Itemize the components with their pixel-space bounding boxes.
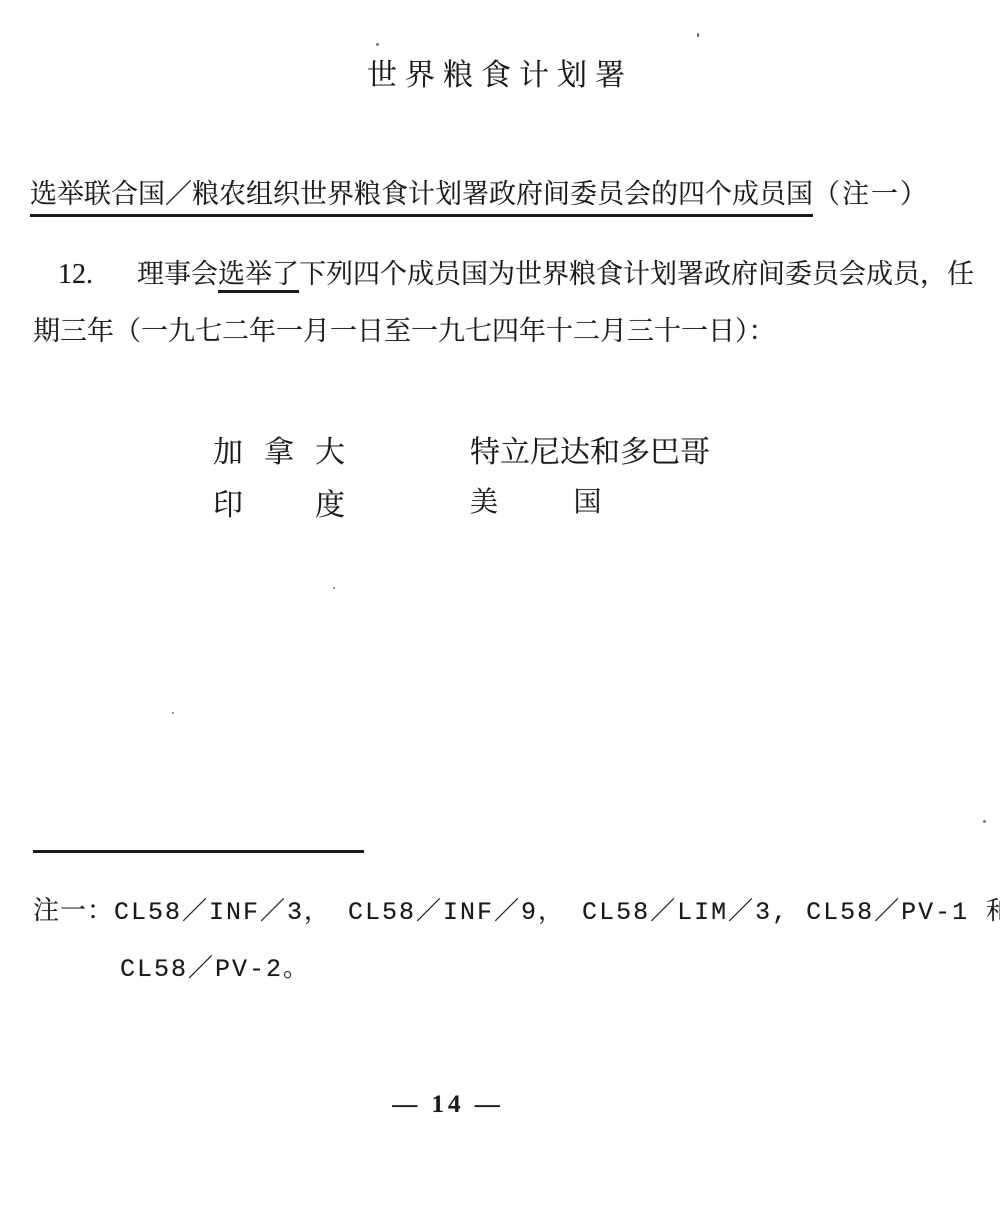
scanned-document-page: 世界粮食计划署 选举联合国／粮农组织世界粮食计划署政府间委员会的四个成员国（注一… [0,0,1000,1225]
paragraph-12: 12.理事会选举了下列四个成员国为世界粮食计划署政府间委员会成员，任 期三年（一… [33,246,983,360]
scan-speck [376,43,379,46]
member-row: 印度 美国 [213,480,345,533]
footnote-label: 注一： [33,896,114,925]
footnote-references-line2: CL58／PV-2。 [120,941,1000,998]
footnote-references-line1: CL58／INF／3， CL58／INF／9， CL58／LIM／3, CL58… [114,898,1000,927]
member-name-canada: 加拿大 [213,427,345,471]
footnote: 注一：CL58／INF／3， CL58／INF／9， CL58／LIM／3, C… [33,882,1000,998]
paragraph-underlined-phrase: 选举了 [218,259,299,293]
paragraph-number: 12. [58,259,93,290]
paragraph-lead-text: 理事会 [137,259,218,289]
member-name-usa: 美国 [470,480,602,520]
elected-members-list: 加拿大 特立尼达和多巴哥 印度 美国 [213,427,345,533]
footnote-divider-line [33,850,364,853]
scan-speck [333,587,335,589]
scan-speck [172,712,174,714]
member-name-india: 印度 [213,480,345,524]
document-title: 世界粮食计划署 [0,50,1000,94]
member-row: 加拿大 特立尼达和多巴哥 [213,427,345,480]
paragraph-line2: 期三年（一九七二年一月一日至一九七四年十二月三十一日）： [33,316,776,346]
page-number: — 14 — [392,1091,504,1119]
paragraph-rest-line1: 下列四个成员国为世界粮食计划署政府间委员会成员，任 [299,259,974,289]
scan-speck [697,33,699,37]
section-heading: 选举联合国／粮农组织世界粮食计划署政府间委员会的四个成员国（注一） [30,172,929,211]
member-name-trinidad-and-tobago: 特立尼达和多巴哥 [470,427,710,471]
footnote-reference-marker: （注一） [813,179,929,209]
section-heading-underlined-text: 选举联合国／粮农组织世界粮食计划署政府间委员会的四个成员国 [30,179,813,217]
scan-speck [983,820,986,823]
